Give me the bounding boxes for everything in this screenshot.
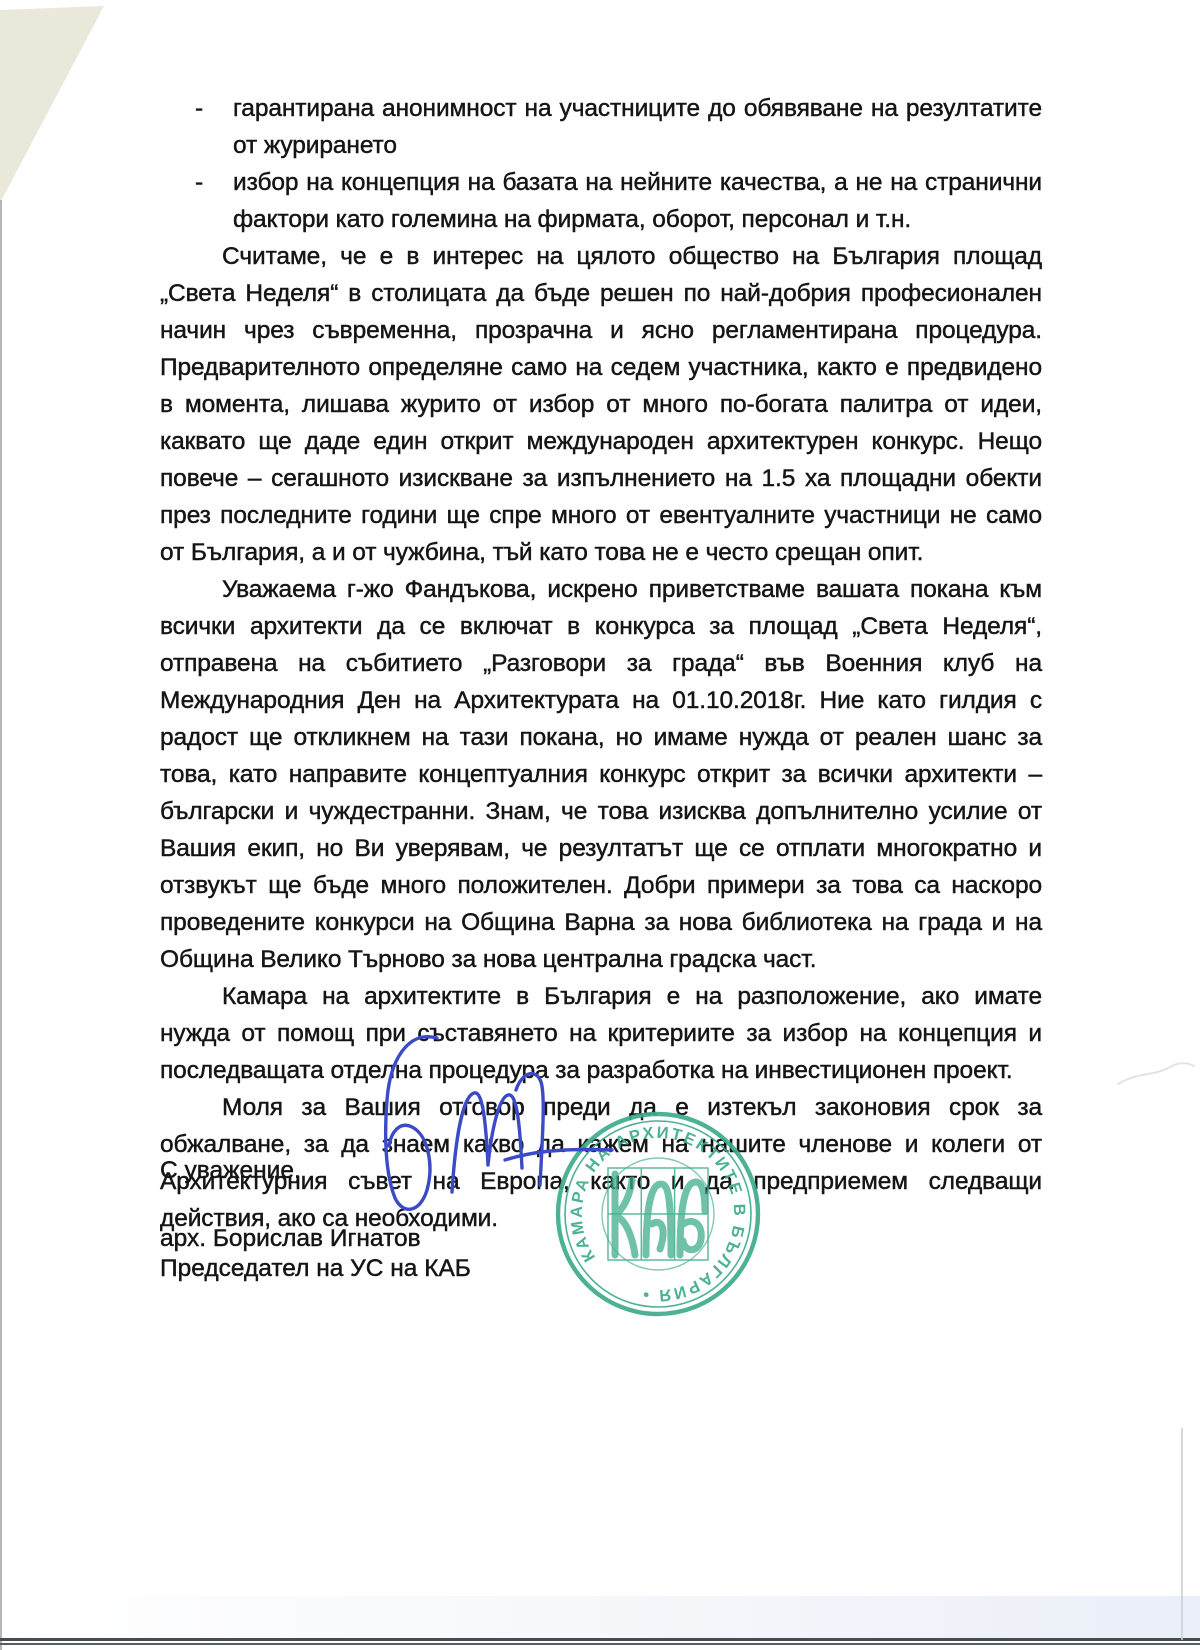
- bullet-item: гарантирана анонимност на участниците до…: [233, 90, 1042, 164]
- bullet-list: гарантирана анонимност на участниците до…: [160, 90, 1042, 238]
- letter-paragraph: Считаме, че е в интерес на цялото общест…: [160, 238, 1042, 571]
- closing-salutation: С уважение,: [160, 1152, 301, 1189]
- scan-bottom-shadow-band: [0, 1596, 1200, 1638]
- handwritten-signature: [352, 1026, 627, 1221]
- scan-thread-artifact: [1110, 1050, 1200, 1100]
- scan-right-edge-line: [1181, 1428, 1183, 1640]
- scan-bottom-edge-line-2: [0, 1643, 1200, 1645]
- bullet-item: избор на концепция на базата на нейните …: [233, 164, 1042, 238]
- signer-title: Председател на УС на КАБ: [160, 1250, 471, 1287]
- signature-ink: [386, 1037, 612, 1210]
- scan-left-edge-line: [0, 200, 2, 1650]
- scan-bottom-edge-line: [0, 1638, 1200, 1641]
- scanned-letter-page: гарантирана анонимност на участниците до…: [0, 0, 1200, 1650]
- scan-corner-fold: [0, 0, 115, 210]
- letter-paragraph: Уважаема г-жо Фандъкова, искрено приветс…: [160, 571, 1042, 978]
